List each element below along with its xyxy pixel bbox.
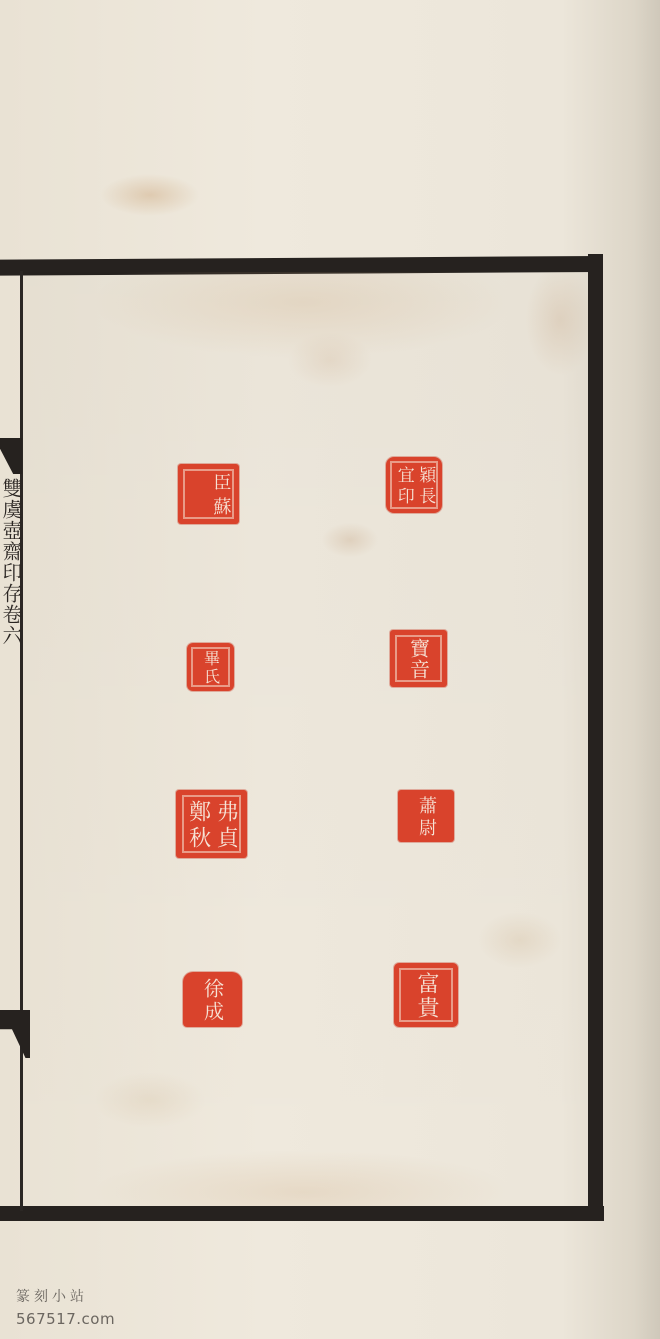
seal-char: 穎 bbox=[414, 463, 436, 485]
frame-right-border bbox=[588, 254, 603, 1218]
site-watermark: 篆刻小站 567517.com bbox=[16, 1286, 115, 1328]
seal-char: 長 bbox=[414, 485, 436, 507]
seal-char: 臣 bbox=[209, 471, 233, 494]
seal-char: 音 bbox=[397, 659, 441, 681]
seal-impression: 畢 氏 bbox=[187, 643, 234, 691]
seal-char: 貞 bbox=[212, 824, 240, 851]
seal-char: 蕭 bbox=[402, 794, 449, 816]
seal-impression: 寶 音 bbox=[390, 630, 447, 687]
seal-char: 寶 bbox=[397, 637, 441, 659]
seal-char: 徐 bbox=[188, 976, 238, 999]
seal-impression: 徐 成 bbox=[183, 972, 242, 1027]
seal-char: 秋 bbox=[184, 824, 212, 851]
seal-impression: 蕭 尉 bbox=[398, 790, 454, 842]
seal-impression: 富 貴 bbox=[394, 963, 458, 1027]
seal-char: 富 bbox=[401, 970, 451, 995]
watermark-site-name: 篆刻小站 bbox=[16, 1286, 115, 1306]
seal-impression: 臣 蘇 bbox=[178, 464, 239, 524]
watermark-url: 567517.com bbox=[16, 1310, 115, 1328]
seal-impression: 弗 貞 鄭 秋 bbox=[176, 790, 247, 858]
seal-char: 貴 bbox=[401, 995, 451, 1020]
spine-title: 雙虞壺齋印存卷六 bbox=[0, 478, 22, 646]
seal-char: 弗 bbox=[212, 797, 240, 824]
seal-char: 尉 bbox=[402, 816, 449, 838]
seal-char: 印 bbox=[392, 485, 414, 507]
seal-char: 氏 bbox=[193, 667, 228, 685]
seal-char: 鄭 bbox=[184, 797, 212, 824]
seal-char: 蘇 bbox=[209, 494, 233, 517]
seal-char: 成 bbox=[188, 1000, 238, 1023]
frame-bottom-border bbox=[0, 1206, 604, 1221]
seal-impression: 穎 長 宜 印 bbox=[386, 457, 442, 513]
seal-char: 畢 bbox=[193, 649, 228, 667]
seal-char: 宜 bbox=[392, 463, 414, 485]
seal-panel bbox=[23, 272, 588, 1206]
